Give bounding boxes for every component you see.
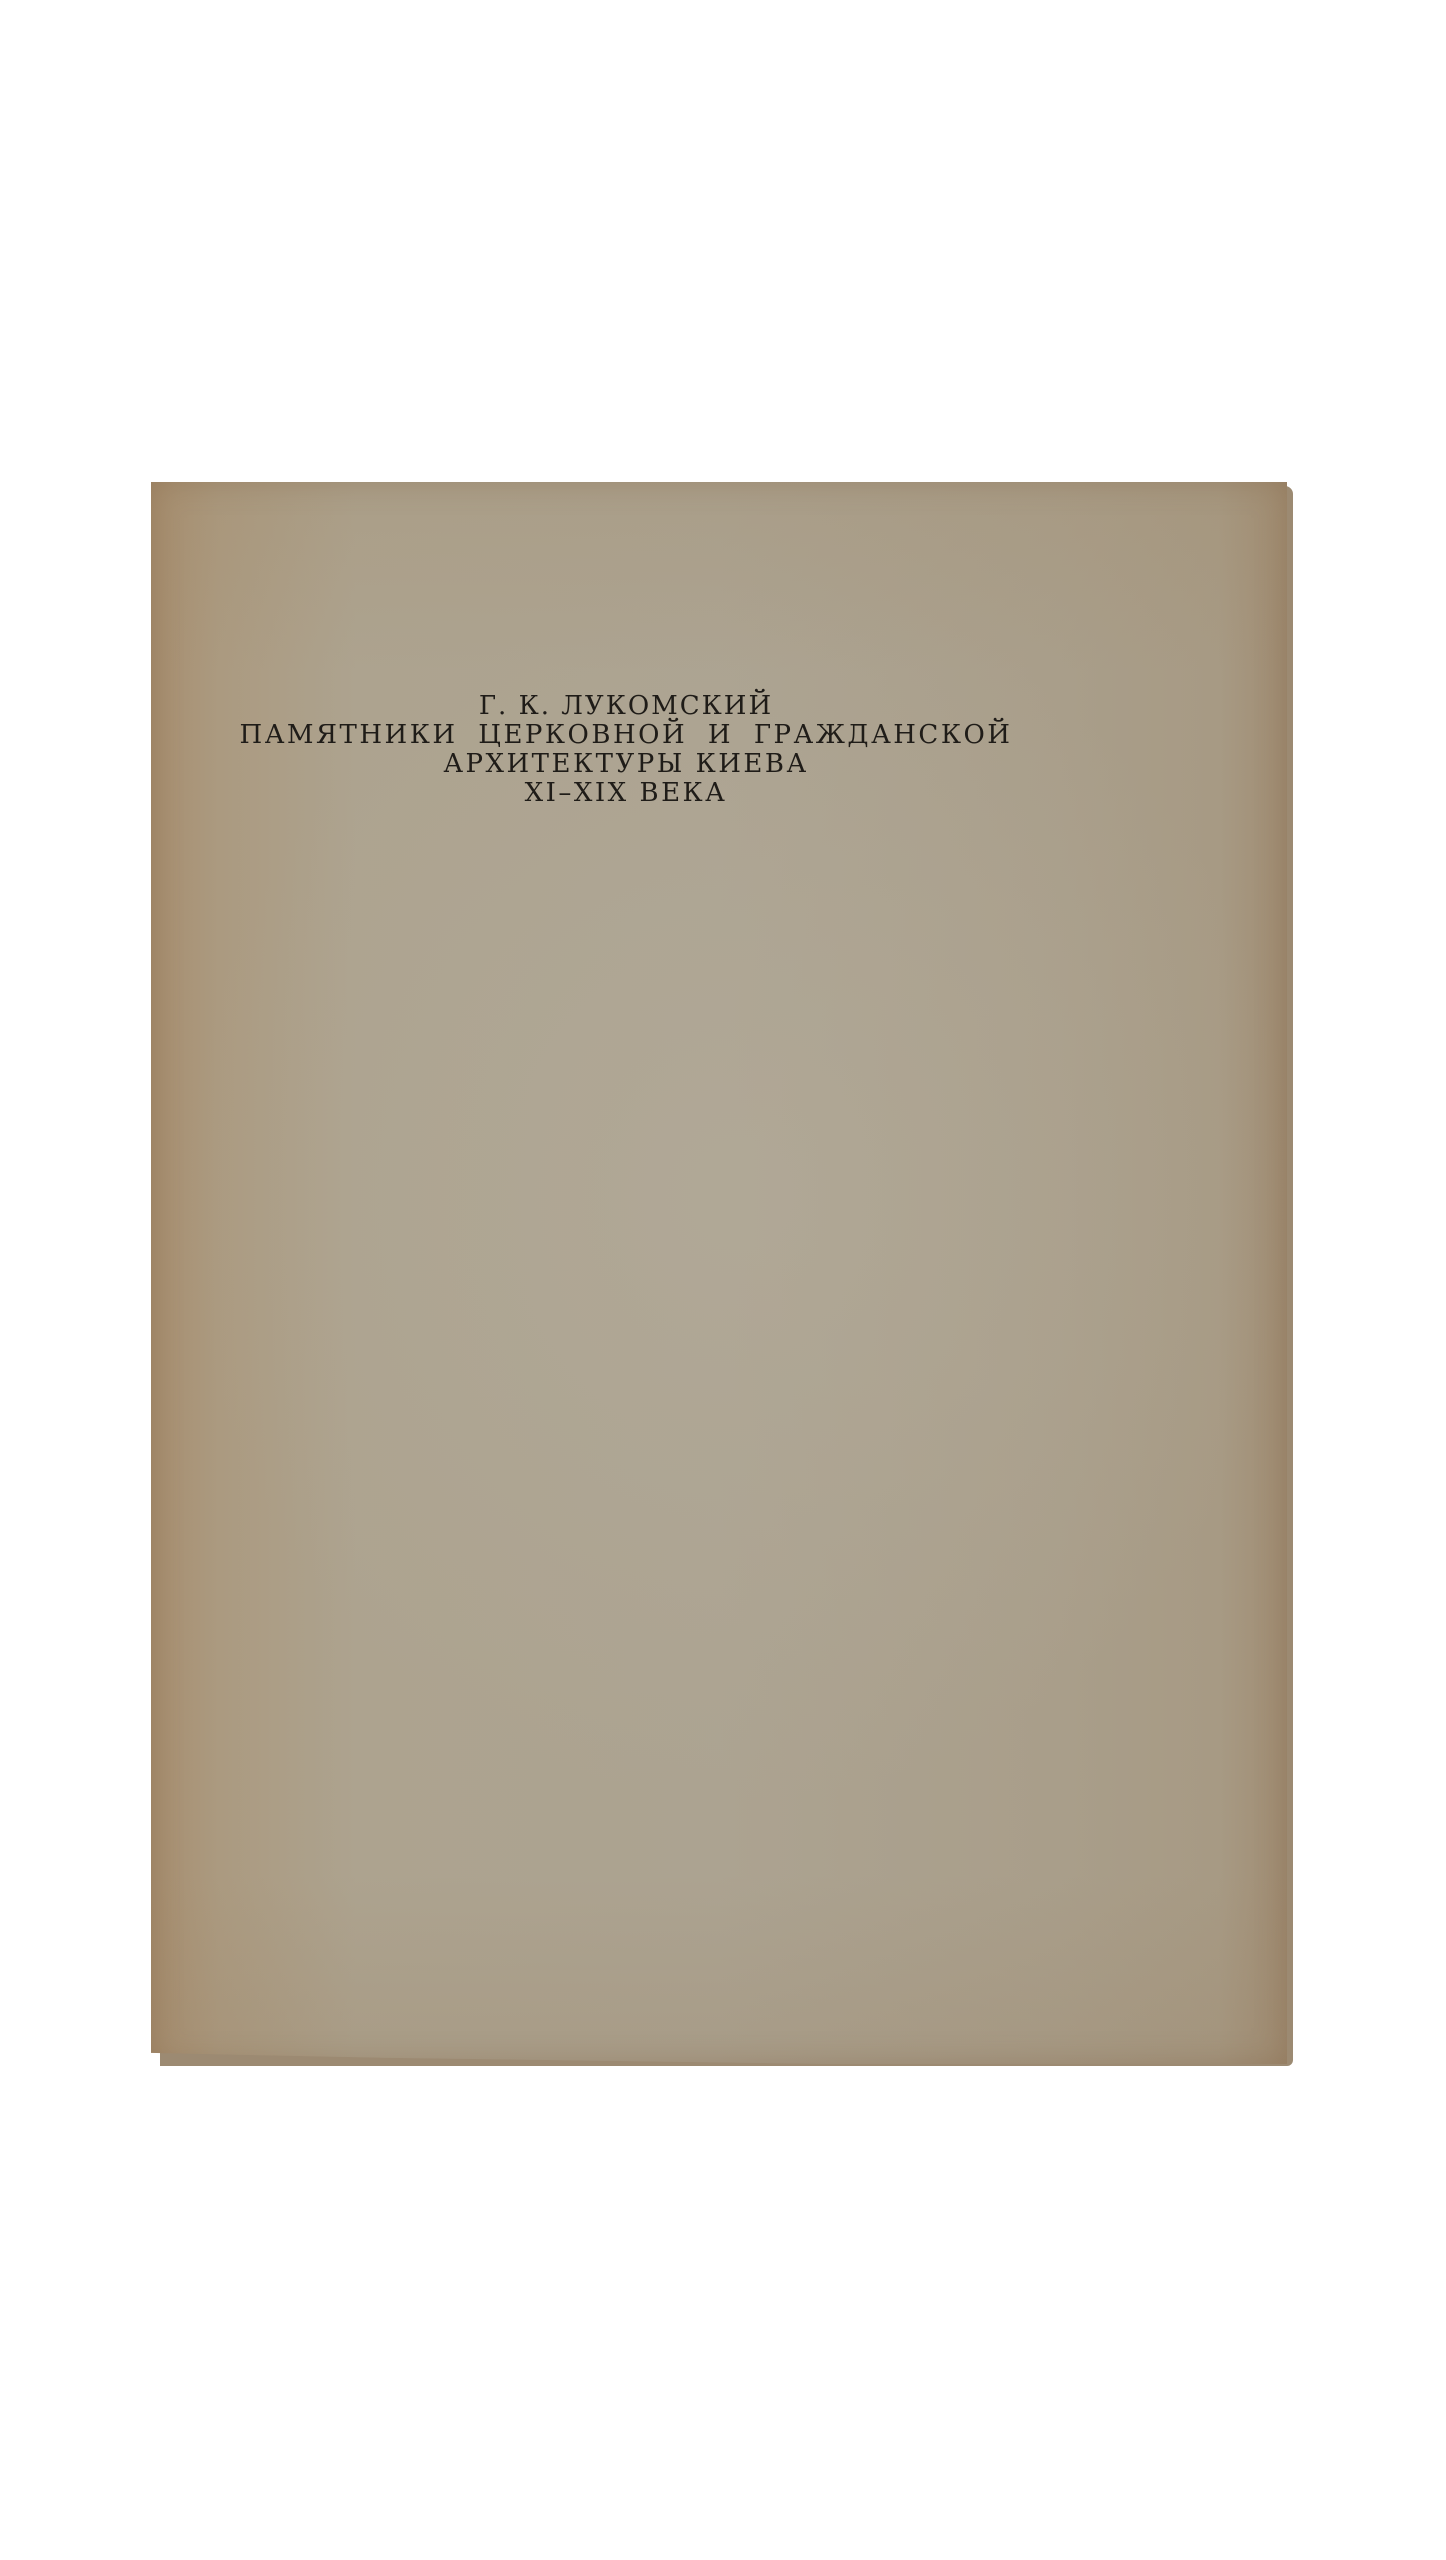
title-page: Г. К. ЛУКОМСКИЙ ПАМЯТНИКИ ЦЕРКОВНОЙ И ГР… [151,482,1287,2064]
title-line-2: АРХИТЕКТУРЫ КИЕВА [58,750,1194,779]
author-name: Г. К. ЛУКОМСКИЙ [58,692,1194,721]
title-block: Г. К. ЛУКОМСКИЙ ПАМЯТНИКИ ЦЕРКОВНОЙ И ГР… [58,692,1194,808]
title-line-dates: XI–XIX ВЕКА [58,779,1194,808]
title-line-1: ПАМЯТНИКИ ЦЕРКОВНОЙ И ГРАЖДАНСКОЙ [58,721,1194,750]
